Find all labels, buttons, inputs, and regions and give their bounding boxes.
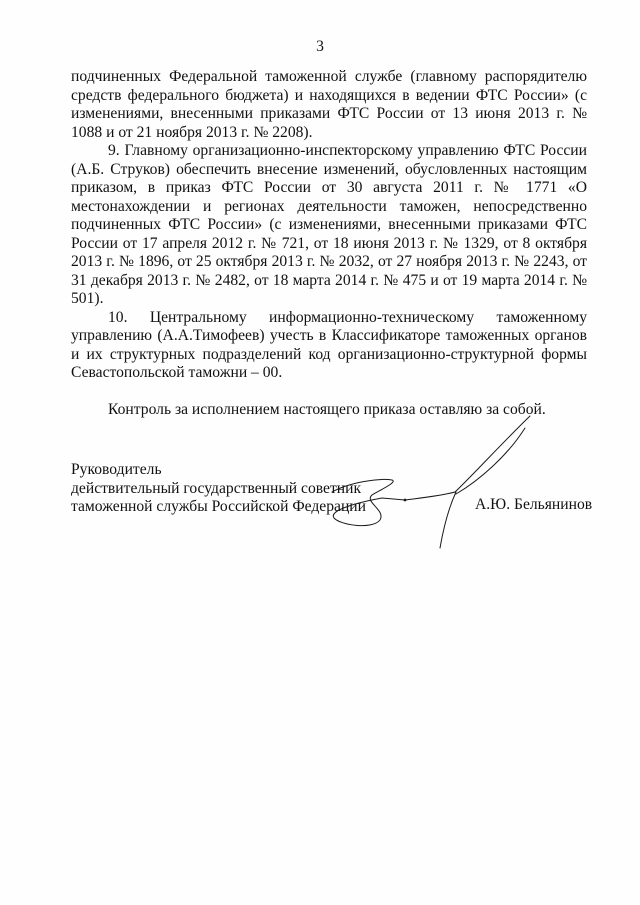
paragraph-item-10: 10. Центральному информационно-техническ… bbox=[71, 309, 587, 383]
document-page: 3 подчиненных Федеральной таможенной слу… bbox=[0, 0, 640, 905]
document-body: подчиненных Федеральной таможенной служб… bbox=[71, 68, 587, 419]
page-number: 3 bbox=[0, 38, 640, 57]
paragraph-control: Контроль за исполнением настоящего прика… bbox=[71, 401, 587, 420]
paragraph-continuation: подчиненных Федеральной таможенной служб… bbox=[71, 68, 587, 142]
spacer bbox=[71, 383, 587, 401]
signatory-name: А.Ю. Бельянинов bbox=[475, 496, 592, 515]
paragraph-item-9: 9. Главному организационно-инспекторском… bbox=[71, 142, 587, 309]
signatory-title-line-1: Руководитель bbox=[71, 461, 587, 480]
